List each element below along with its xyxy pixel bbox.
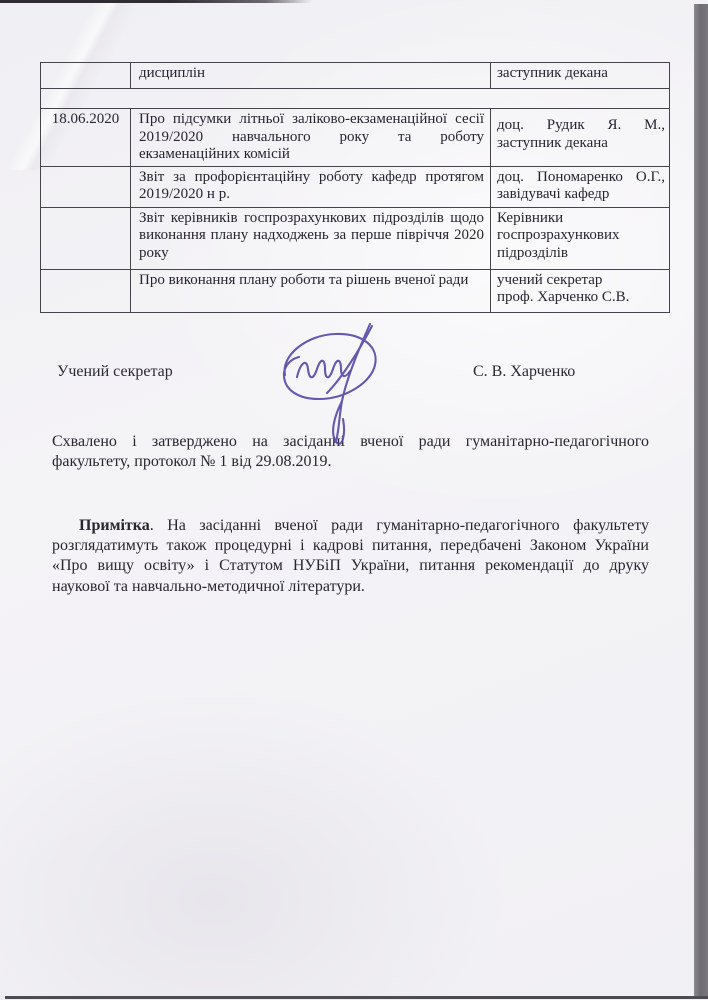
table-header-row: дисциплін заступник декана xyxy=(41,63,669,89)
cell-topic: Звіт за профорієнтаційну роботу кафедр п… xyxy=(131,167,491,207)
cell-date: 18.06.2020 xyxy=(41,109,131,166)
scanned-document-page: дисциплін заступник декана 18.06.2020 Пр… xyxy=(0,0,708,1000)
cell-topic: Про виконання плану роботи та рішень вче… xyxy=(131,270,491,312)
header-cell-date xyxy=(41,63,131,88)
cell-date xyxy=(41,167,131,207)
note-paragraph: Примітка. На засіданні вченої ради гуман… xyxy=(52,516,649,597)
table-row: Звіт керівників госпрозрахункових підроз… xyxy=(41,208,669,270)
cell-responsible: доц. Пономаренко О.Г., завідувачі кафедр xyxy=(491,167,669,207)
signer-role-label: Учений секретар xyxy=(57,363,173,381)
header-cell-responsible: заступник декана xyxy=(491,63,669,88)
cell-date xyxy=(41,208,131,269)
cell-topic: Звіт керівників госпрозрахункових підроз… xyxy=(131,208,491,269)
cell-date xyxy=(41,270,131,312)
note-label: Примітка xyxy=(79,517,150,534)
scan-edge-top xyxy=(0,0,312,3)
header-cell-topic: дисциплін xyxy=(131,63,491,88)
cell-responsible: Керівники госпрозрахункових підрозділів xyxy=(491,208,669,269)
signer-name: С. В. Харченко xyxy=(473,363,575,381)
table-row: Звіт за профорієнтаційну роботу кафедр п… xyxy=(41,167,669,208)
cell-responsible: учений секретар проф. Харченко С.В. xyxy=(491,270,669,312)
scan-edge-right xyxy=(694,4,708,998)
cell-responsible: доц. Рудик Я. М., заступник декана xyxy=(491,109,669,166)
table-empty-row xyxy=(41,89,669,109)
handwritten-signature xyxy=(271,321,393,451)
table-row: 18.06.2020 Про підсумки літньої заліково… xyxy=(41,109,669,167)
scan-edge-bottom xyxy=(5,996,708,999)
resolutions-table: дисциплін заступник декана 18.06.2020 Пр… xyxy=(40,62,670,313)
table-row: Про виконання плану роботи та рішень вче… xyxy=(41,270,669,312)
cell-topic: Про підсумки літньої заліково-екзаменаці… xyxy=(131,109,491,166)
